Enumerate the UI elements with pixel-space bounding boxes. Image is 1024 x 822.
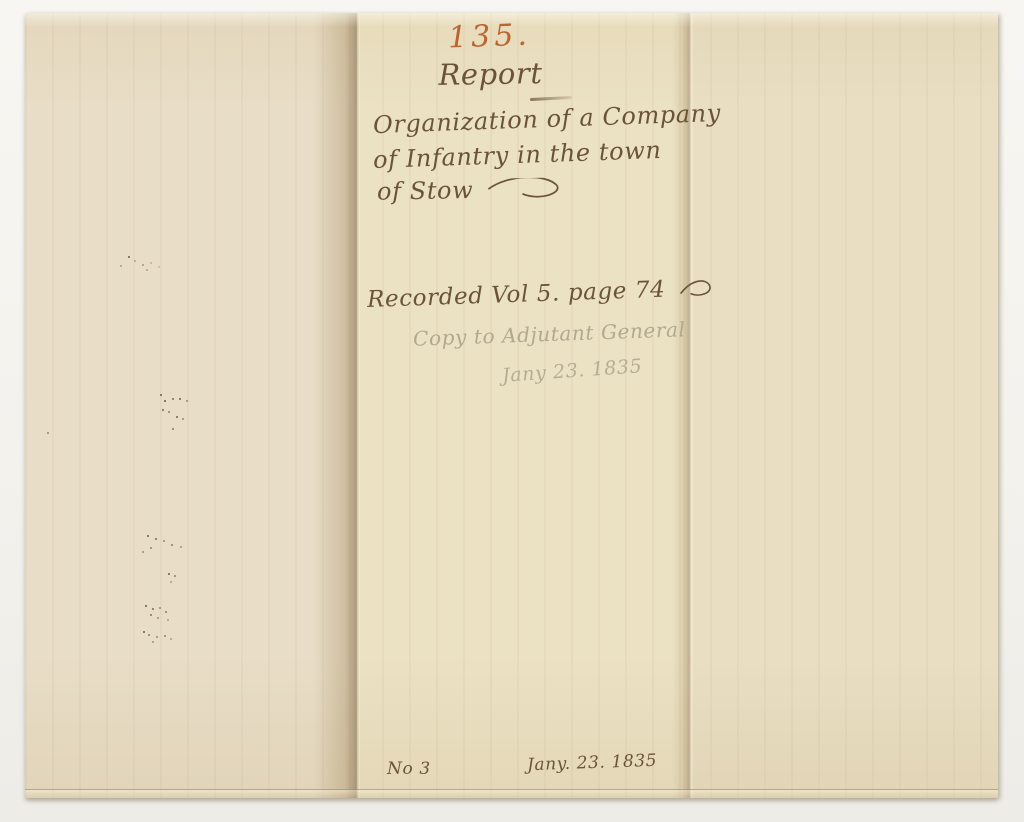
ink-specks xyxy=(128,256,130,258)
subject-line-3: of Stow xyxy=(377,174,566,206)
fold-crease-bottom xyxy=(25,789,998,798)
docket-number: 135. xyxy=(426,17,552,56)
paper-sheet: 135. Report Organization of a Company of… xyxy=(25,13,998,798)
fold-crease-right xyxy=(672,13,694,798)
ink-specks xyxy=(168,573,170,575)
ink-specks xyxy=(47,432,49,434)
ink-specks xyxy=(145,605,147,607)
ink-specks xyxy=(147,535,149,537)
left-fold-panel xyxy=(25,13,355,798)
right-fold-panel xyxy=(683,13,998,798)
fold-crease-left xyxy=(313,13,360,798)
pen-flourish-icon xyxy=(679,276,714,303)
pen-flourish-icon xyxy=(487,177,565,204)
docket-title: Report xyxy=(423,56,559,92)
footer-number: No 3 xyxy=(387,759,431,779)
ink-specks xyxy=(143,631,145,633)
subject-line-3-text: of Stow xyxy=(377,176,474,206)
ink-specks xyxy=(160,394,162,396)
document-scan: 135. Report Organization of a Company of… xyxy=(0,0,1024,822)
